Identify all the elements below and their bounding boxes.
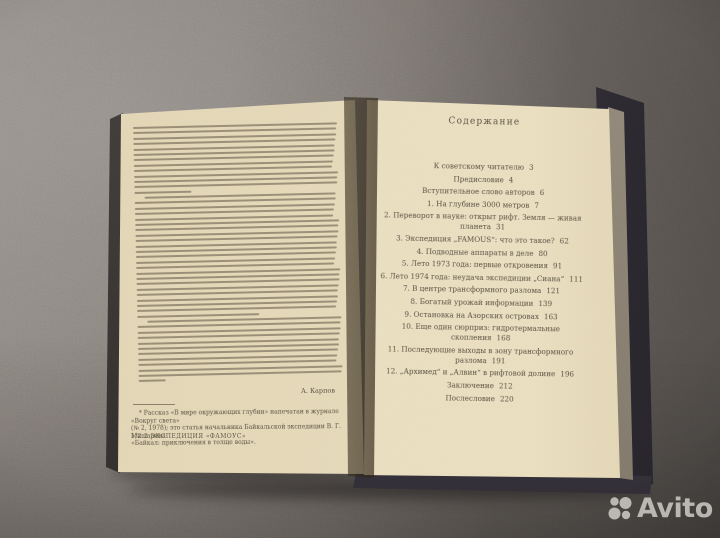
toc-entry-page: 62: [560, 236, 569, 245]
toc-entry-label: 7. В центре трансформного разлома: [403, 284, 542, 295]
avito-wordmark: Avito: [637, 495, 713, 522]
toc-entry-page: 91: [553, 261, 562, 270]
footnote: * Рассказ «В мире окружающих глубин» нап…: [131, 408, 341, 448]
toc-entry: Предисловие4: [375, 173, 591, 187]
toc-entry-page: 191: [492, 356, 506, 365]
toc-entry-label: 1. На глубине 3000 метров: [427, 199, 530, 210]
toc-entry-page: 31: [496, 223, 505, 232]
text-line: [139, 370, 342, 377]
toc-entry: 9. Остановка на Азорских островах163: [373, 309, 589, 323]
toc-entry-label: К советскому читателю: [434, 161, 524, 172]
toc-entry-label: 10. Еще один сюрприз: гидротермальные ск…: [402, 322, 560, 343]
toc-entry: Вступительное слово авторов6: [375, 185, 591, 199]
toc-entry-label: 8. Богатый урожай информации: [410, 297, 533, 308]
toc-entry-label: 6. Лето 1974 года: неудача экспедиции „С…: [380, 271, 564, 283]
toc-entry-label: Предисловие: [453, 174, 504, 184]
left-page-body-text: [133, 122, 343, 385]
toc-entry-page: 4: [509, 175, 514, 184]
text-line: [137, 313, 259, 318]
toc-entry: 7. В центре трансформного разлома121: [373, 283, 589, 297]
toc-entry: 3. Экспедиция „FAMOUS“: что это такое?62: [374, 233, 590, 247]
toc-heading: Содержание: [376, 115, 592, 129]
toc-entry-page: 196: [560, 370, 574, 379]
signature: А. Карпов: [133, 387, 335, 398]
avito-watermark: Avito: [607, 495, 713, 522]
book-photo: А. Карпов * Рассказ «В мире окружающих г…: [0, 0, 720, 538]
toc-entry: 5. Лето 1973 года: первые откровения91: [374, 258, 590, 272]
toc-entry-label: Послесловие: [445, 393, 495, 403]
toc-entry-page: 121: [546, 286, 560, 295]
toc-entry: К советскому читателю3: [376, 160, 592, 174]
toc-entry-page: 220: [500, 394, 514, 403]
toc-entry: 2. Переворот в науке: открыт рифт. Земля…: [375, 210, 591, 234]
toc-entry: 4. Подводные аппараты в деле80: [374, 246, 590, 260]
footnote-rule: [133, 404, 175, 405]
toc-entry: Заключение212: [372, 379, 588, 393]
toc-entry-label: 4. Подводные аппараты в деле: [417, 246, 534, 257]
text-line: [134, 182, 337, 189]
toc-entry-label: Заключение: [447, 380, 494, 390]
toc-entry: 10. Еще один сюрприз: гидротермальные ск…: [373, 321, 589, 345]
toc-entry-label: 3. Экспедиция „FAMOUS“: что это такое?: [396, 233, 555, 245]
toc-entry-label: Вступительное слово авторов: [422, 186, 535, 197]
text-line: [139, 380, 166, 383]
toc-entry-page: 168: [497, 333, 511, 342]
toc-entry: 8. Богатый урожай информации139: [373, 296, 589, 310]
toc-entry-page: 3: [529, 163, 534, 172]
toc-entry-page: 163: [544, 312, 558, 321]
toc-entry: Послесловие220: [372, 392, 588, 406]
toc-entry-page: 6: [540, 188, 545, 197]
toc-entry-page: 212: [499, 381, 513, 390]
text-line: [137, 306, 336, 313]
avito-logo-icon: [607, 495, 633, 522]
toc-entry-label: 12. „Архимед“ и „Алвин“ в рифтовой долин…: [386, 367, 555, 379]
toc-entry-label: 9. Остановка на Азорских островах: [404, 309, 539, 320]
table-of-contents: Содержание К советскому читателю3Предисл…: [371, 115, 592, 408]
toc-list: К советскому читателю3Предисловие4Вступи…: [372, 160, 592, 405]
toc-entry: 12. „Архимед“ и „Алвин“ в рифтовой долин…: [372, 366, 588, 380]
toc-entry-page: 80: [538, 249, 547, 258]
toc-entry-label: 2. Переворот в науке: открыт рифт. Земля…: [384, 211, 582, 232]
toc-entry: 11. Последующие выходы в зону трансформн…: [372, 344, 588, 368]
text-line: [134, 166, 332, 173]
toc-entry-label: 5. Лето 1973 года: первые откровения: [402, 259, 548, 271]
text-line: [134, 190, 191, 193]
toc-entry: 1. На глубине 3000 метров7: [375, 198, 591, 212]
toc-entry-page: 111: [569, 274, 583, 283]
colophon: 1/2 2 ЭКСПЕДИЦИЯ «ФАМОУС»: [131, 433, 246, 440]
toc-entry-page: 139: [538, 299, 552, 308]
toc-entry: 6. Лето 1974 года: неудача экспедиции „С…: [374, 271, 590, 285]
toc-entry-label: 11. Последующие выходы в зону трансформн…: [388, 344, 574, 365]
toc-entry-page: 7: [534, 201, 539, 210]
